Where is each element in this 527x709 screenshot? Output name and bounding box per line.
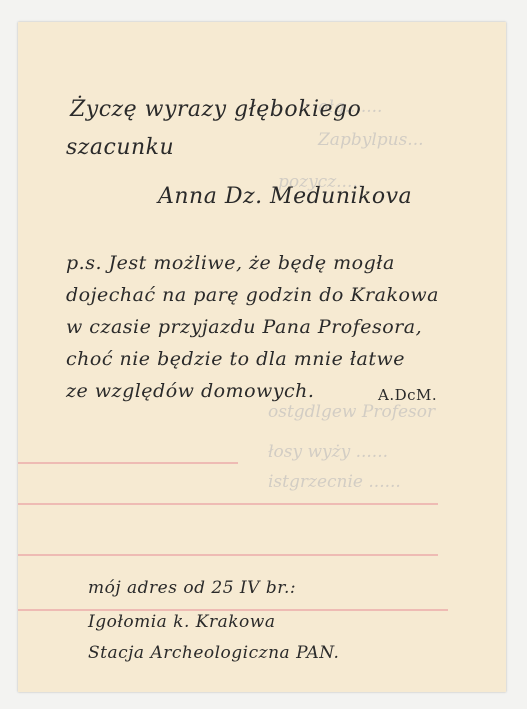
letter-page: ołg....... Zapbylpus... pozycz..... ostg… — [18, 22, 506, 692]
closing-line-1: Życzę wyrazy głębokiego — [70, 97, 361, 122]
red-rule-line — [18, 609, 448, 611]
bleed-through-text: Zapbylpus... — [318, 130, 424, 150]
address-line-3: Stacja Archeologiczna PAN. — [88, 643, 339, 663]
bleed-through-text: istgrzecnie ...... — [268, 472, 401, 492]
bleed-through-text: łosy wyży ...... — [268, 442, 388, 462]
postscript-line-3: w czasie przyjazdu Pana Profesora, — [66, 316, 422, 338]
red-rule-line — [18, 503, 438, 505]
signature: Anna Dz. Medunikova — [158, 184, 412, 209]
initials: A.DcM. — [378, 386, 437, 404]
postscript-line-1: p.s. Jest możliwe, że będę mogła — [66, 252, 395, 274]
red-rule-line — [18, 554, 438, 556]
postscript-line-2: dojechać na parę godzin do Krakowa — [66, 284, 439, 306]
address-line-1: mój adres od 25 IV br.: — [88, 578, 296, 598]
closing-line-2: szacunku — [66, 135, 174, 160]
address-line-2: Igołomia k. Krakowa — [88, 612, 275, 632]
red-rule-line — [18, 462, 238, 464]
postscript-line-4: choć nie będzie to dla mnie łatwe — [66, 348, 405, 370]
bleed-through-text: ostgdlgew Profesor — [268, 402, 435, 422]
postscript-line-5: ze względów domowych. — [66, 380, 314, 402]
